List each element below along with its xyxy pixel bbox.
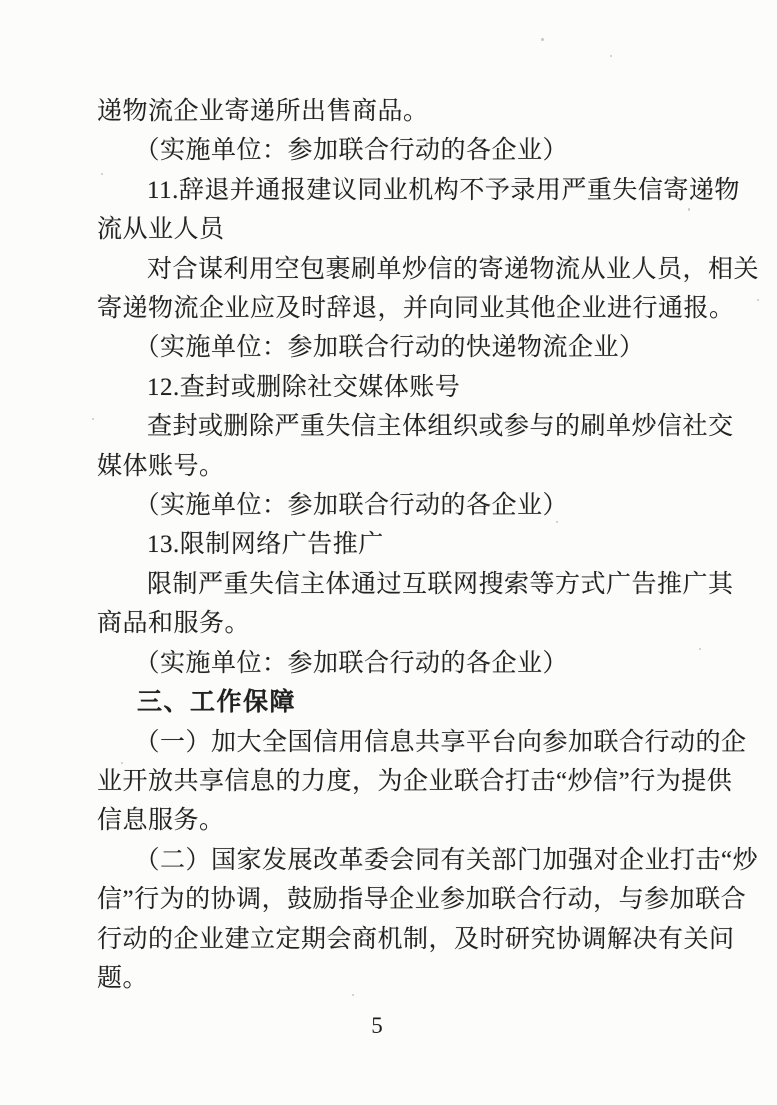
scan-speck [352,994,354,996]
text-line: 信息服务。 [97,801,703,840]
page-number: 5 [0,1013,754,1039]
text-line: 递物流企业寄递所出售商品。 [97,92,703,131]
text-line: 寄递物流企业应及时辞退，并向同业其他企业进行通报。 [97,289,703,328]
scan-speck [101,173,103,175]
text-block: 递物流企业寄递所出售商品。（实施单位：参加联合行动的各企业）11.辞退并通报建议… [97,92,703,998]
text-line: 12.查封或删除社交媒体账号 [97,368,703,407]
scan-speck [92,418,94,420]
text-line: 商品和服务。 [97,604,703,643]
text-line: 信”行为的协调，鼓励指导企业参加联合行动，与参加联合 [97,880,703,919]
text-line: 限制严重失信主体通过互联网搜索等方式广告推广其 [97,565,703,604]
scan-speck [699,648,701,650]
document-page: 递物流企业寄递所出售商品。（实施单位：参加联合行动的各企业）11.辞退并通报建议… [0,0,777,1105]
scan-speck [121,762,123,764]
text-line: 11.辞退并通报建议同业机构不予录用严重失信寄递物 [97,171,703,210]
scan-speck [210,575,212,577]
scan-speck [659,899,661,901]
scan-speck [556,521,558,523]
text-line: （一）加大全国信用信息共享平台向参加联合行动的企 [97,723,703,762]
text-line: （实施单位：参加联合行动的各企业） [97,131,703,170]
text-line: 业开放共享信息的力度，为企业联合打击“炒信”行为提供 [97,762,703,801]
text-line: 三、工作保障 [97,683,703,722]
text-line: 查封或删除严重失信主体组织或参与的刷单炒信社交 [97,407,703,446]
text-line: 13.限制网络广告推广 [97,525,703,564]
text-line: （实施单位：参加联合行动的快递物流企业） [97,328,703,367]
text-line: 流从业人员 [97,210,703,249]
text-line: 题。 [97,959,703,998]
scan-speck [688,208,690,211]
text-line: （实施单位：参加联合行动的各企业） [97,644,703,683]
text-line: 媒体账号。 [97,447,703,486]
text-line: 行动的企业建立定期会商机制，及时研究协调解决有关问 [97,920,703,959]
text-line: 对合谋利用空包裹刷单炒信的寄递物流从业人员，相关 [97,250,703,289]
scan-speck [541,38,544,41]
text-line: （实施单位：参加联合行动的各企业） [97,486,703,525]
scan-speck [610,55,612,57]
text-line: （二）国家发展改革委会同有关部门加强对企业打击“炒 [97,841,703,880]
scan-speck [757,299,759,301]
